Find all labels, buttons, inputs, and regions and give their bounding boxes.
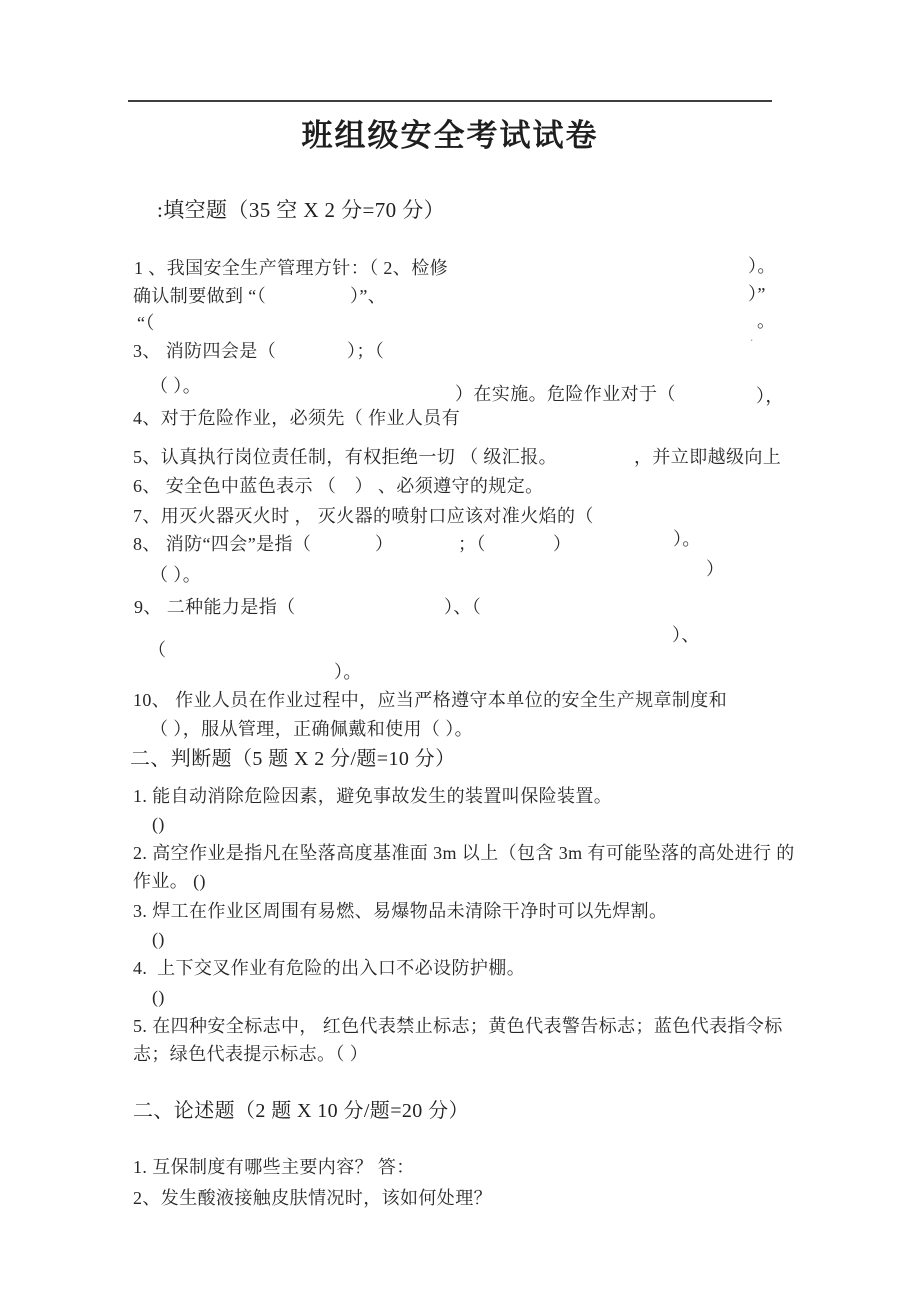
fill-line-5: （ ）。 (150, 376, 201, 397)
fill-line-6: 4、对于危险作业，必须先（ 作业人员有 (133, 408, 460, 429)
fill-line-3-end: 。 (757, 311, 775, 332)
fill-line-2-blank-close: ）”、 (350, 286, 386, 307)
fill-line-3: “（ (137, 313, 155, 334)
judgment-item-1: 1. 能自动消除危险因素，避免事故发生的装置叫保险装置。 (133, 786, 612, 807)
fill-in-heading: :填空题（35 空 X 2 分=70 分） (157, 198, 445, 222)
fill-line-2-end: ）” (748, 284, 766, 305)
fill-line-13: ）、 (672, 625, 700, 646)
fill-line-10-end: ）。 (673, 529, 701, 550)
fill-line-1-end: ）。 (748, 256, 776, 277)
judgment-item-3-answer: () (152, 929, 165, 950)
judgment-item-4-answer: () (152, 987, 165, 1008)
judgment-item-2: 2. 高空作业是指凡在坠落高度基准面 3m 以上（包含 3m 有可能坠落的高处进… (133, 843, 795, 864)
essay-item-2: 2、发生酸液接触皮肤情况时，该如何处理？ (133, 1188, 492, 1209)
header-rule (128, 100, 772, 102)
stray-dot: . (750, 330, 754, 345)
fill-line-4-mid: ）；（ (347, 341, 384, 362)
fill-line-2: 确认制要做到 “（ (133, 286, 266, 307)
fill-line-14: （ (148, 640, 166, 661)
essay-heading: 二、论述题（2 题 X 10 分/题=20 分） (133, 1100, 469, 1123)
fill-line-12: 9、 二种能力是指（ (134, 597, 296, 618)
essay-item-1: 1. 互保制度有哪些主要内容？ 答： (133, 1157, 415, 1178)
fill-line-12-mid: ）、（ (444, 597, 481, 618)
fill-line-11-end: ） (706, 559, 724, 580)
fill-line-10-close2: ） (553, 534, 571, 555)
judgment-item-5: 5. 在四种安全标志中， 红色代表禁止标志；黄色代表警告标志；蓝色代表指令标 (133, 1016, 783, 1037)
fill-line-10: 8、 消防“四会”是指（ (133, 534, 311, 555)
fill-line-11: （ ）。 (150, 565, 201, 586)
fill-line-8: 6、 安全色中蓝色表示 （ ） 、必须遵守的规定。 (133, 476, 544, 497)
fill-line-5-mid: ）在实施。危险作业对于（ (455, 384, 676, 405)
judgment-item-5-cont: 志；绿色代表提示标志。（ ） (133, 1044, 368, 1065)
fill-line-4: 3、 消防四会是（ (133, 341, 276, 362)
fill-line-7: 5、认真执行岗位责任制，有权拒绝一切 （ 级汇报。 (133, 447, 557, 468)
page-title: 班组级安全考试试卷 (128, 110, 772, 155)
judgment-item-2-answer: 作业。 () (133, 871, 206, 892)
fill-line-15: ）。 (334, 662, 362, 683)
fill-line-17: （ ），服从管理，正确佩戴和使用（ ）。 (150, 719, 473, 740)
judgment-item-1-answer: () (152, 814, 165, 835)
fill-line-10-close1: ） (375, 534, 393, 555)
judgment-item-3: 3. 焊工在作业区周围有易燃、易爆物品未清除干净时可以先焊割。 (133, 901, 667, 922)
fill-line-9: 7、用灭火器灭火时 ， 灭火器的喷射口应该对准火焰的（ (133, 506, 594, 527)
judgment-heading: 二、判断题（5 题 X 2 分/题=10 分） (130, 748, 455, 771)
judgment-item-4: 4. 上下交叉作业有危险的出入口不必设防护棚。 (133, 958, 525, 979)
exam-paper-page: 班组级安全考试试卷 :填空题（35 空 X 2 分=70 分） 1 、我国安全生… (0, 0, 920, 1303)
fill-line-10-mid: ；（ (458, 534, 486, 555)
fill-line-16: 10、 作业人员在作业过程中，应当严格遵守本单位的安全生产规章制度和 (133, 690, 727, 711)
fill-line-7-end: ，并立即越级向上 (634, 447, 781, 468)
fill-line-5-end: ）， (756, 386, 784, 407)
fill-line-1: 1 、我国安全生产管理方针：（ 2、检修 (134, 258, 448, 279)
